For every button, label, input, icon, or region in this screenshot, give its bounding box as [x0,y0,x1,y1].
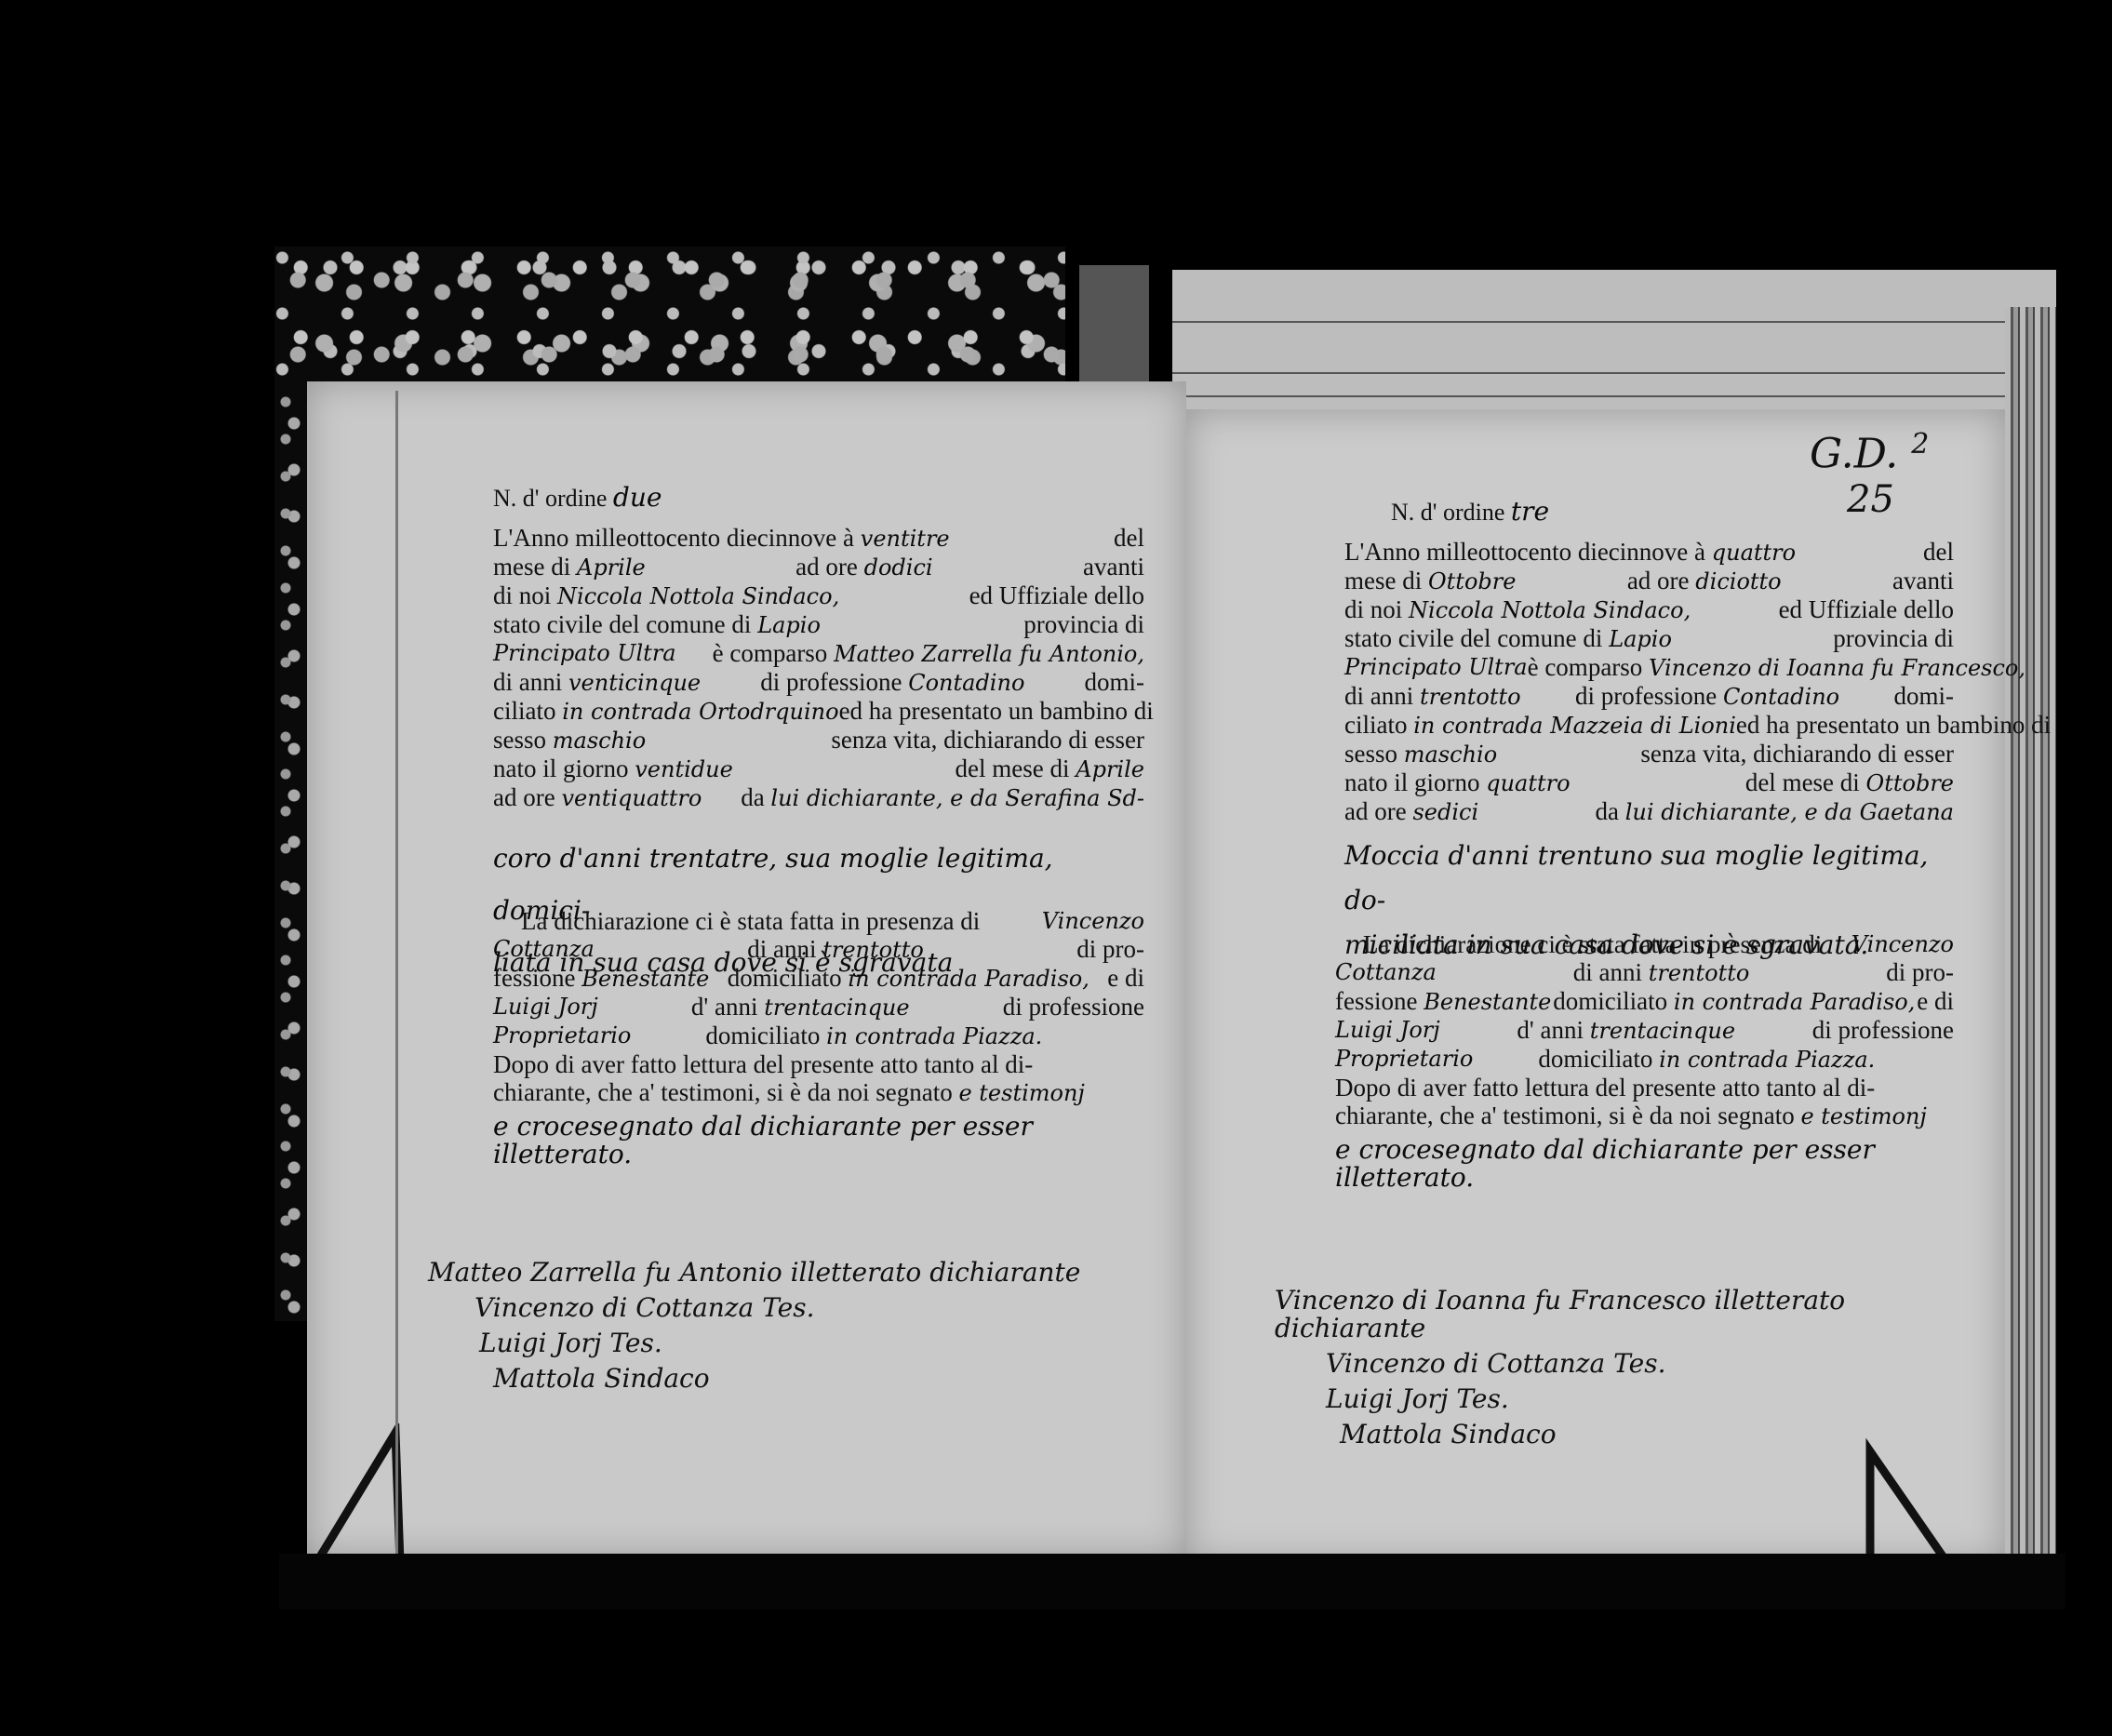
handwritten-text: trentotto [822,937,924,963]
handwritten-text: in contrada Ortodrquino [562,699,838,725]
archive-mark-text: G.D. [1810,431,1898,478]
right-witness-section: La dichiarazione ci è stata fatta in pre… [1335,930,1954,1192]
printed-text: fessione [1335,987,1417,1015]
record-line: Cottanzadi anni trentottodi pro- [493,935,1144,964]
page-margin-fold [395,391,398,1563]
spine-strip [1079,265,1149,395]
handwritten-text: venticinque [568,670,701,696]
printed-text: d' anni [691,993,758,1021]
order-label: N. d' ordine [493,485,607,512]
printed-text: ciliato [493,697,555,725]
printed-text: ed ha presentato un bambino di [839,697,1154,726]
printed-text: avanti [1083,553,1144,581]
printed-text: di anni [1344,682,1413,710]
record-line: stato civile del comune di Lapioprovinci… [493,610,1144,639]
handwritten-text: Lapio [1609,626,1672,652]
handwritten-text: in contrada Piazza. [826,1023,1042,1049]
handwritten-text: maschio [1404,741,1497,768]
signature: Matteo Zarrella fu Antonio illetterato d… [428,1259,1135,1287]
signature: Luigi Jorj Tes. [1326,1385,1982,1413]
printed-text: di noi [493,581,551,609]
record-line: Luigi Jorjd' anni trentacinquedi profess… [1335,1016,1954,1045]
right-record: N. d' ordine tre L'Anno milleottocento d… [1344,498,1954,968]
printed-text: è comparso [713,639,828,667]
record-line: mese di Ottobread ore diciottoavanti [1344,567,1954,595]
record-line: ad ore sedicida lui dichiarante, e da Ga… [1344,797,1954,826]
record-line: sesso maschiosenza vita, dichiarando di … [1344,740,1954,768]
left-signatures: Matteo Zarrella fu Antonio illetterato d… [428,1251,1135,1400]
binding-clip-icon [307,1423,419,1572]
handwritten-text: lui dichiarante, e da Gaetana [1625,799,1954,825]
printed-text: di pro- [1886,958,1954,987]
handwritten-text: Matteo Zarrella fu Antonio, [834,641,1144,667]
record-line: mese di Aprilead ore dodiciavanti [493,553,1144,581]
printed-text: domi- [1894,682,1955,711]
marbled-cover-edge [274,391,312,1321]
handwritten-text: Aprile [577,554,646,581]
handwritten-text: Aprile [1076,756,1144,782]
handwritten-text: Benestante [1424,989,1551,1015]
handwritten-text: trentotto [1649,960,1750,986]
left-page: N. d' ordine due L'Anno milleottocento d… [307,381,1186,1558]
printed-text: è comparso [1528,653,1643,681]
record-line: ciliato in contrada Mazzeia di Lionied h… [1344,711,1954,740]
printed-text: di noi [1344,595,1402,623]
printed-text: di professione [1812,1016,1954,1045]
handwritten-text: in contrada Piazza. [1659,1047,1875,1073]
handwritten-text: Moccia d'anni trentuno sua moglie legiti… [1344,834,1954,923]
signature: Luigi Jorj Tes. [479,1329,1135,1357]
record-line: Proprietariodomiciliato in contrada Piaz… [493,1022,1144,1050]
printed-text: di anni [1573,958,1642,986]
printed-text: provincia di [1833,624,1954,653]
record-line: ciliato in contrada Ortodrquinoed ha pre… [493,697,1144,726]
printed-text: d' anni [1517,1016,1584,1044]
record-line: La dichiarazione ci è stata fatta in pre… [1335,930,1954,958]
record-line: nato il giorno ventiduedel mese di April… [493,754,1144,783]
record-line: Principato Ultraè comparso Vincenzo di I… [1344,653,1954,682]
printed-text: stato civile del comune di [493,610,751,638]
order-value: due [613,482,662,513]
order-label: N. d' ordine [1391,499,1504,526]
record-line: Proprietariodomiciliato in contrada Piaz… [1335,1045,1954,1074]
printed-text: ad ore [493,783,555,811]
printed-text: L'Anno milleottocento diecinnove à [1344,538,1705,566]
handwritten-text: e crocesegnato dal dichiarante per esser… [493,1113,1144,1168]
record-line: di anni venticinquedi professione Contad… [493,668,1144,697]
printed-text: del [1923,538,1954,567]
printed-text: ed ha presentato un bambino di [1736,711,2051,740]
order-value: tre [1511,496,1549,527]
printed-text: senza vita, dichiarando di esser [1640,740,1954,768]
printed-text: fessione [493,964,575,992]
handwritten-text: Vincenzo [1042,907,1144,935]
handwritten-text: trentacinque [764,995,909,1021]
record-line: Dopo di aver fatto lettura del presente … [493,1050,1144,1078]
handwritten-text: Niccola Nottola Sindaco, [1409,597,1691,623]
handwritten-text: Vincenzo [1851,930,1954,958]
printed-text: nato il giorno [493,754,628,782]
handwritten-text: trentacinque [1590,1018,1735,1044]
handwritten-text: e testimonj [1800,1103,1926,1129]
record-line: Luigi Jorjd' anni trentacinquedi profess… [493,993,1144,1022]
right-page: G.D. 2 25 N. d' ordine tre L'Anno milleo… [1186,409,2005,1563]
handwritten-text: Ottobre [1866,770,1954,796]
printed-text: del mese di [956,754,1070,782]
page-edge-line [1172,321,2056,323]
handwritten-text: diciotto [1695,568,1781,594]
printed-text: avanti [1892,567,1954,595]
printed-text: ad ore [1344,797,1407,825]
printed-text: Dopo di aver fatto lettura del presente … [493,1050,1033,1078]
record-line: La dichiarazione ci è stata fatta in pre… [493,907,1144,935]
printed-text: senza vita, dichiarando di esser [831,726,1144,754]
page-edge-line [1172,395,2056,397]
handwritten-text: Niccola Nottola Sindaco, [557,583,839,609]
record-line: fessione Benestantedomiciliato in contra… [1335,987,1954,1016]
handwritten-text: Proprietario [493,1022,631,1050]
record-line: Cottanzadi anni trentottodi pro- [1335,958,1954,987]
record-line: L'Anno milleottocento diecinnove à venti… [493,524,1144,553]
handwritten-text: Ottobre [1428,568,1516,594]
printed-text: domiciliato [1538,1045,1652,1073]
signature: Vincenzo di Ioanna fu Francesco illetter… [1275,1287,1982,1342]
handwritten-text: ventiquattro [561,785,702,811]
signature: Vincenzo di Cottanza Tes. [1326,1350,1982,1378]
handwritten-text: Lapio [757,612,821,638]
printed-text: chiarante, che a' testimoni, si è da noi… [1335,1102,1795,1129]
printed-text: domi- [1085,668,1145,697]
handwritten-text: Proprietario [1335,1045,1473,1074]
record-line: stato civile del comune di Lapioprovinci… [1344,624,1954,653]
handwritten-text: in contrada Mazzeia di Lioni [1413,713,1736,739]
handwritten-text: in contrada Paradiso, [1674,989,1915,1015]
handwritten-text: sedici [1412,799,1478,825]
handwritten-text: quattro [1486,770,1570,796]
handwritten-text: maschio [553,728,646,754]
printed-text: di professione [760,668,902,696]
printed-text: di anni [493,668,562,696]
handwritten-text: quattro [1712,540,1796,566]
handwritten-text: e testimonj [958,1080,1084,1106]
handwritten-text: Principato Ultra [493,639,676,668]
archive-superscript: 2 [1911,428,1929,461]
printed-text: di pro- [1076,935,1144,964]
printed-text: La dichiarazione ci è stata fatta in pre… [493,907,980,935]
printed-text: da [741,783,764,811]
handwritten-text: Vincenzo di Ioanna fu Francesco, [1649,655,2025,681]
printed-text: del mese di [1745,768,1860,796]
printed-text: domiciliato [705,1022,820,1049]
record-line: Principato Ultraè comparso Matteo Zarrel… [493,639,1144,668]
printed-text: domiciliato [728,964,842,992]
printed-text: e di [1917,987,1954,1016]
printed-text: ad ore [795,553,858,581]
handwritten-text: dodici [864,554,933,581]
printed-text: e di [1107,964,1144,993]
printed-text: di professione [1575,682,1717,710]
record-line: di anni trentottodi professione Contadin… [1344,682,1954,711]
record-line: fessione Benestantedomiciliato in contra… [493,964,1144,993]
printed-text: sesso [493,726,546,754]
handwritten-text: Luigi Jorj [1335,1016,1440,1045]
printed-text: del [1114,524,1144,553]
page-edge-line [1172,372,2056,374]
record-line: Dopo di aver fatto lettura del presente … [1335,1074,1954,1102]
signature: Vincenzo di Cottanza Tes. [475,1294,1135,1322]
record-line: di noi Niccola Nottola Sindaco,ed Uffizi… [493,581,1144,610]
handwritten-text: Cottanza [1335,958,1437,987]
printed-text: La dichiarazione ci è stata fatta in pre… [1335,930,1822,958]
book-bottom-shadow [279,1554,2065,1609]
right-signatures: Vincenzo di Ioanna fu Francesco illetter… [1275,1279,1982,1456]
order-number: N. d' ordine tre [1391,498,1954,527]
printed-text: Dopo di aver fatto lettura del presente … [1335,1074,1875,1102]
record-line: nato il giorno quattrodel mese di Ottobr… [1344,768,1954,797]
printed-text: ed Uffiziale dello [1779,595,1954,624]
handwritten-text: ventitre [861,526,950,552]
order-number: N. d' ordine due [493,484,1144,513]
printed-text: ciliato [1344,711,1407,739]
handwritten-text: ventidue [635,756,733,782]
record-line: chiarante, che a' testimoni, si è da noi… [493,1078,1144,1107]
handwritten-text: Luigi Jorj [493,993,598,1022]
handwritten-text: Contadino [908,670,1024,696]
printed-text: nato il giorno [1344,768,1479,796]
record-line: ad ore ventiquattroda lui dichiarante, e… [493,783,1144,812]
handwritten-text: Principato Ultra [1344,653,1528,682]
record-line: sesso maschiosenza vita, dichiarando di … [493,726,1144,754]
printed-text: L'Anno milleottocento diecinnove à [493,524,854,552]
printed-text: mese di [493,553,570,581]
printed-text: mese di [1344,567,1422,594]
printed-text: stato civile del comune di [1344,624,1602,652]
record-line: chiarante, che a' testimoni, si è da noi… [1335,1102,1954,1130]
left-witness-section: La dichiarazione ci è stata fatta in pre… [493,907,1144,1168]
printed-text: ed Uffiziale dello [969,581,1144,610]
handwritten-text: Benestante [581,966,709,992]
printed-text: chiarante, che a' testimoni, si è da noi… [493,1078,953,1106]
handwritten-text: trentotto [1420,684,1521,710]
handwritten-text: e crocesegnato dal dichiarante per esser… [1335,1136,1954,1192]
printed-text: provincia di [1023,610,1144,639]
handwritten-text: Contadino [1723,684,1839,710]
printed-text: di anni [747,935,816,963]
signature: Mattola Sindaco [493,1365,1135,1393]
handwritten-text: lui dichiarante, e da Serafina Sd- [770,785,1144,811]
printed-text: di professione [1003,993,1144,1022]
handwritten-text: Cottanza [493,935,595,964]
record-line: L'Anno milleottocento diecinnove à quatt… [1344,538,1954,567]
printed-text: domiciliato [1553,987,1667,1015]
printed-text: sesso [1344,740,1397,768]
handwritten-text: in contrada Paradiso, [848,966,1089,992]
printed-text: da [1596,797,1619,825]
page-stack-edge [2005,307,2056,1563]
record-line: di noi Niccola Nottola Sindaco,ed Uffizi… [1344,595,1954,624]
page-stack-top [1172,270,2056,431]
printed-text: ad ore [1627,567,1690,594]
